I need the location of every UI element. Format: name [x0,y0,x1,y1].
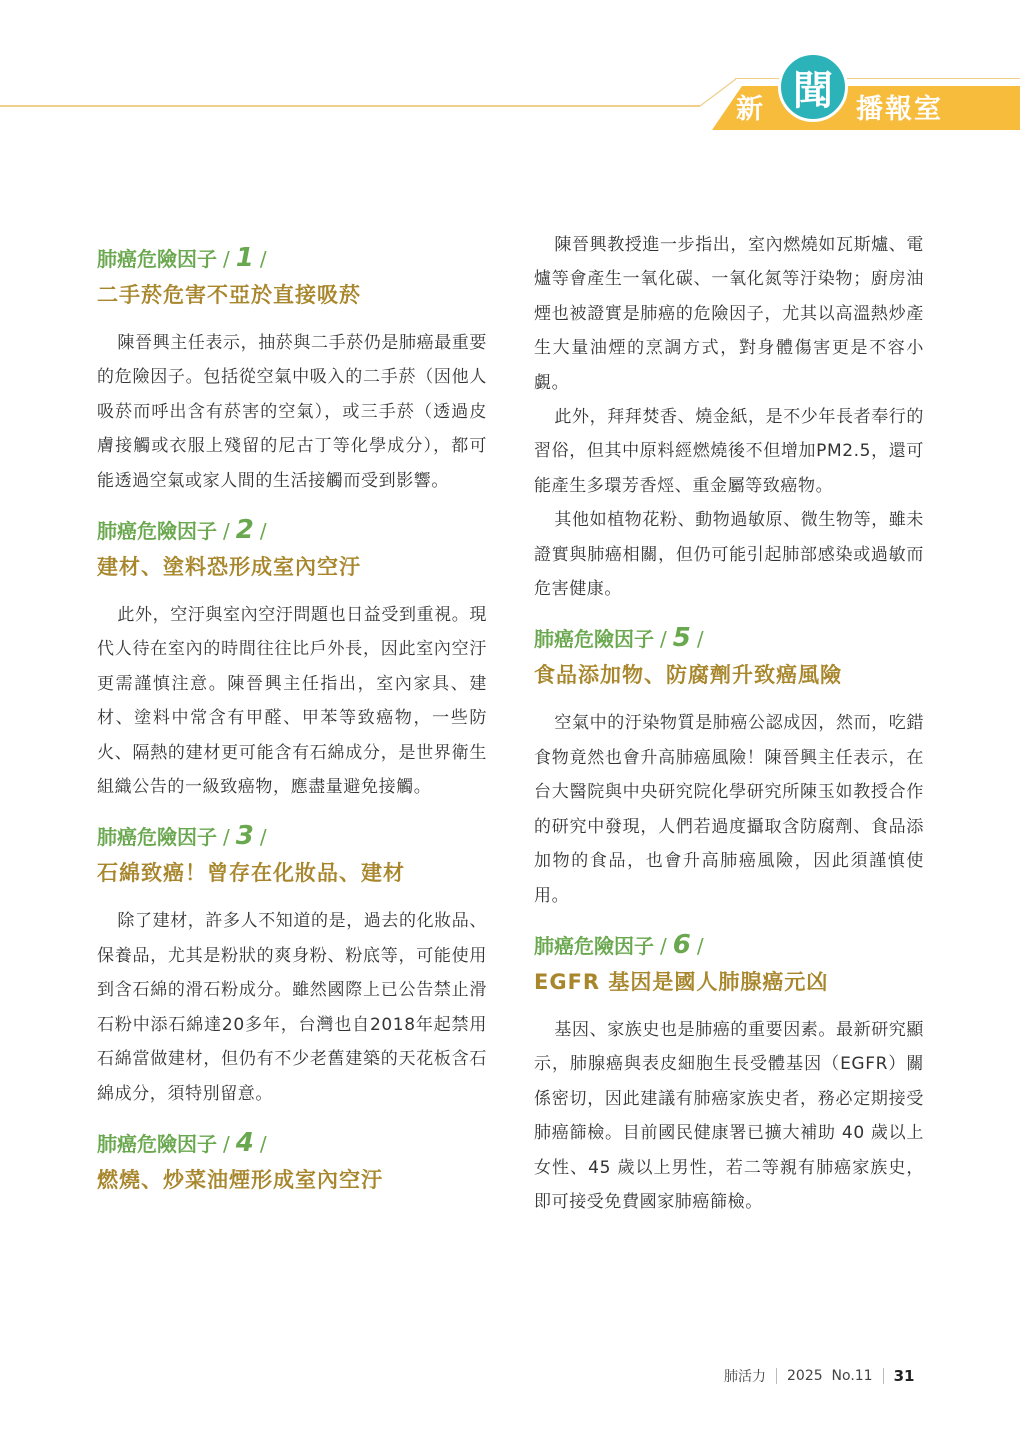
factor-title: 食品添加物、防腐劑升致癌風險 [534,656,924,694]
slash-divider: / [697,934,704,958]
body-paragraph: 陳晉興主任表示，抽菸與二手菸仍是肺癌最重要的危險因子。包括從空氣中吸入的二手菸（… [97,326,487,498]
factor-label: 肺癌危險因子/3/ [97,818,487,854]
banner-circle-text: 聞 [793,59,833,116]
slash-divider: / [223,247,230,271]
left-column: 肺癌危險因子/1/ 二手菸危害不亞於直接吸菸 陳晉興主任表示，抽菸與二手菸仍是肺… [97,240,487,1211]
header-rule [0,105,700,107]
footer-divider [776,1368,777,1384]
factor-label-text: 肺癌危險因子 [97,247,217,271]
slash-divider: / [697,627,704,651]
page-number: 31 [894,1367,915,1385]
slash-divider: / [260,519,267,543]
banner-text-broadcast: 播報室 [856,87,943,126]
body-paragraph: 陳晉興教授進一步指出，室內燃燒如瓦斯爐、電爐等會產生一氧化碳、一氧化氮等汙染物；… [534,228,924,400]
slash-divider: / [260,825,267,849]
footer-divider [883,1368,884,1384]
slash-divider: / [260,1132,267,1156]
factor-number: 4 [236,1128,254,1158]
banner-circle-badge: 聞 [778,52,848,122]
slash-divider: / [660,934,667,958]
factor-number: 5 [673,623,691,653]
slash-divider: / [260,247,267,271]
publication-name: 肺活力 [724,1366,766,1386]
factor-title: 建材、塗料恐形成室內空汙 [97,548,487,586]
factor-label-text: 肺癌危險因子 [97,1132,217,1156]
factor-label-text: 肺癌危險因子 [534,934,654,958]
banner-text-new: 新 [736,87,764,126]
factor-number: 3 [236,821,254,851]
right-column: 陳晉興教授進一步指出，室內燃燒如瓦斯爐、電爐等會產生一氧化碳、一氧化氮等汙染物；… [534,228,924,1219]
body-paragraph: 其他如植物花粉、動物過敏原、微生物等，雖未證實與肺癌相關，但仍可能引起肺部感染或… [534,503,924,606]
slash-divider: / [660,627,667,651]
factor-label: 肺癌危險因子/2/ [97,512,487,548]
factor-label: 肺癌危險因子/5/ [534,620,924,656]
factor-title: 二手菸危害不亞於直接吸菸 [97,276,487,314]
body-paragraph: 此外，空汙與室內空汙問題也日益受到重視。現代人待在室內的時間往往比戶外長，因此室… [97,598,487,804]
page-footer: 肺活力 2025 No.11 31 [724,1366,914,1386]
issue-number: 2025 No.11 [787,1368,873,1384]
body-paragraph: 基因、家族史也是肺癌的重要因素。最新研究顯示，肺腺癌與表皮細胞生長受體基因（EG… [534,1013,924,1219]
body-paragraph: 此外，拜拜焚香、燒金紙，是不少年長者奉行的習俗，但其中原料經燃燒後不但增加PM2… [534,400,924,503]
factor-section-5: 肺癌危險因子/5/ 食品添加物、防腐劑升致癌風險 空氣中的汙染物質是肺癌公認成因… [534,620,924,912]
factor-section-6: 肺癌危險因子/6/ EGFR 基因是國人肺腺癌元凶 基因、家族史也是肺癌的重要因… [534,927,924,1219]
factor-section-1: 肺癌危險因子/1/ 二手菸危害不亞於直接吸菸 陳晉興主任表示，抽菸與二手菸仍是肺… [97,240,487,498]
factor-section-2: 肺癌危險因子/2/ 建材、塗料恐形成室內空汙 此外，空汙與室內空汙問題也日益受到… [97,512,487,804]
slash-divider: / [223,519,230,543]
body-paragraph: 空氣中的汙染物質是肺癌公認成因，然而，吃錯食物竟然也會升高肺癌風險！陳晉興主任表… [534,706,924,912]
factor-label: 肺癌危險因子/6/ [534,927,924,963]
factor-label: 肺癌危險因子/1/ [97,240,487,276]
factor-section-4: 肺癌危險因子/4/ 燃燒、炒菜油煙形成室內空汙 [97,1125,487,1199]
factor-number: 6 [673,930,691,960]
body-paragraph: 除了建材，許多人不知道的是，過去的化妝品、保養品，尤其是粉狀的爽身粉、粉底等，可… [97,904,487,1110]
factor-number: 1 [236,243,254,273]
factor-title: EGFR 基因是國人肺腺癌元凶 [534,963,924,1001]
factor-label-text: 肺癌危險因子 [97,519,217,543]
factor-label-text: 肺癌危險因子 [534,627,654,651]
factor-number: 2 [236,515,254,545]
factor-title: 燃燒、炒菜油煙形成室內空汙 [97,1161,487,1199]
factor-title: 石綿致癌！曾存在化妝品、建材 [97,854,487,892]
slash-divider: / [223,1132,230,1156]
factor-label-text: 肺癌危險因子 [97,825,217,849]
slash-divider: / [223,825,230,849]
factor-label: 肺癌危險因子/4/ [97,1125,487,1161]
factor-section-3: 肺癌危險因子/3/ 石綿致癌！曾存在化妝品、建材 除了建材，許多人不知道的是，過… [97,818,487,1110]
